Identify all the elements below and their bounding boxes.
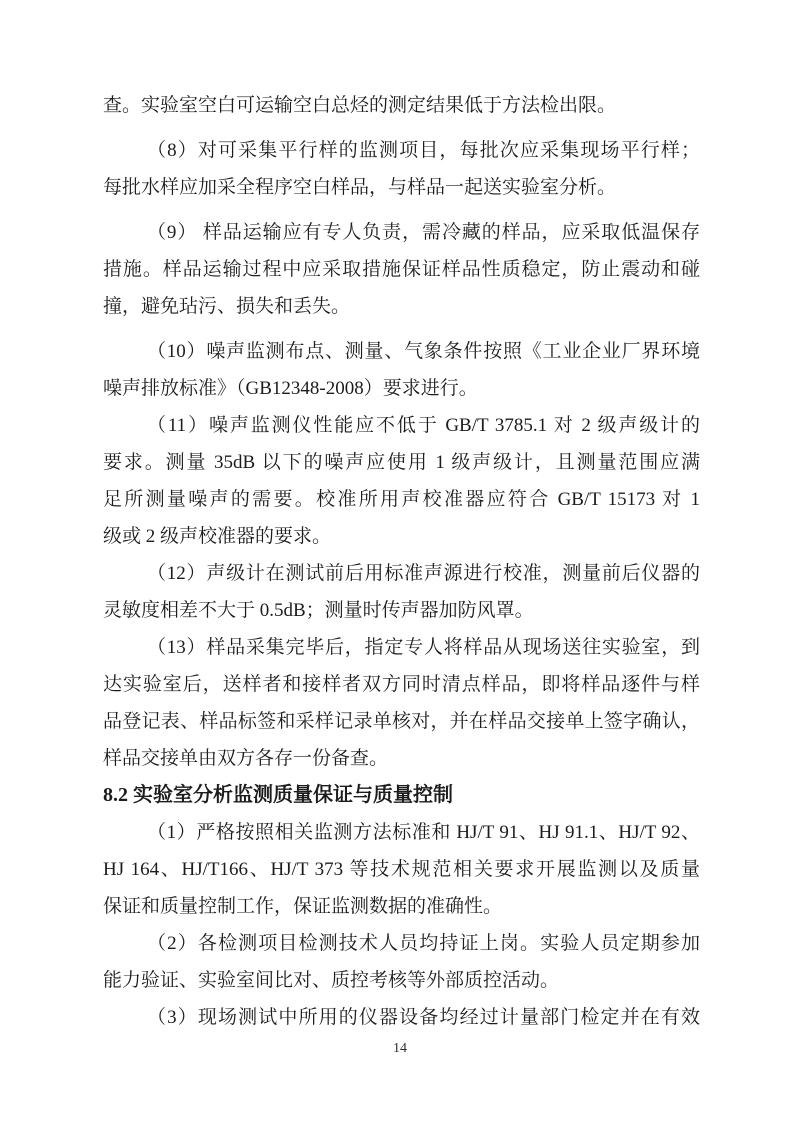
body-line: 能力验证、实验室间比对、质控考核等外部质控活动。	[103, 962, 700, 999]
page-body: 查。实验室空白可运输空白总烃的测定结果低于方法检出限。 （8）对可采集平行样的监…	[103, 87, 700, 1036]
body-line: 每批水样应加采全程序空白样品，与样品一起送实验室分析。	[103, 169, 700, 206]
body-line: （9） 样品运输应有专人负责，需冷藏的样品，应采取低温保存	[103, 214, 700, 251]
body-line: 达实验室后，送样者和接样者双方同时清点样品，即将样品逐件与样	[103, 666, 700, 703]
section-heading: 8.2 实验室分析监测质量保证与质量控制	[103, 777, 700, 814]
document-page: 查。实验室空白可运输空白总烃的测定结果低于方法检出限。 （8）对可采集平行样的监…	[0, 0, 800, 1132]
body-line: （8）对可采集平行样的监测项目，每批次应采集现场平行样；	[103, 132, 700, 169]
body-line: （11）噪声监测仪性能应不低于 GB/T 3785.1 对 2 级声级计的	[103, 407, 700, 444]
body-line: 保证和质量控制工作，保证监测数据的准确性。	[103, 888, 700, 925]
body-line: 足所测量噪声的需要。校准所用声校准器应符合 GB/T 15173 对 1	[103, 481, 700, 518]
body-line: （2）各检测项目检测技术人员均持证上岗。实验人员定期参加	[103, 925, 700, 962]
body-line: （12）声级计在测试前后用标准声源进行校准，测量前后仪器的	[103, 555, 700, 592]
page-number: 14	[0, 1041, 800, 1057]
body-line: 样品交接单由双方各存一份备查。	[103, 740, 700, 777]
body-line: 撞，避免玷污、损失和丢失。	[103, 288, 700, 325]
body-line: 品登记表、样品标签和采样记录单核对，并在样品交接单上签字确认，	[103, 703, 700, 740]
body-line: 噪声排放标准》（GB12348-2008）要求进行。	[103, 370, 700, 407]
body-line: HJ 164、HJ/T166、HJ/T 373 等技术规范相关要求开展监测以及质…	[103, 851, 700, 888]
body-line: （1）严格按照相关监测方法标准和 HJ/T 91、HJ 91.1、HJ/T 92…	[103, 814, 700, 851]
body-line: （13）样品采集完毕后，指定专人将样品从现场送往实验室，到	[103, 629, 700, 666]
body-line: 措施。样品运输过程中应采取措施保证样品性质稳定，防止震动和碰	[103, 251, 700, 288]
body-line: 要求。测量 35dB 以下的噪声应使用 1 级声级计，且测量范围应满	[103, 444, 700, 481]
body-line: （10）噪声监测布点、测量、气象条件按照《工业企业厂界环境	[103, 333, 700, 370]
body-line: 级或 2 级声校准器的要求。	[103, 518, 700, 555]
body-line: 灵敏度相差不大于 0.5dB；测量时传声器加防风罩。	[103, 592, 700, 629]
body-line: （3）现场测试中所用的仪器设备均经过计量部门检定并在有效	[103, 999, 700, 1036]
body-line: 查。实验室空白可运输空白总烃的测定结果低于方法检出限。	[103, 87, 700, 124]
